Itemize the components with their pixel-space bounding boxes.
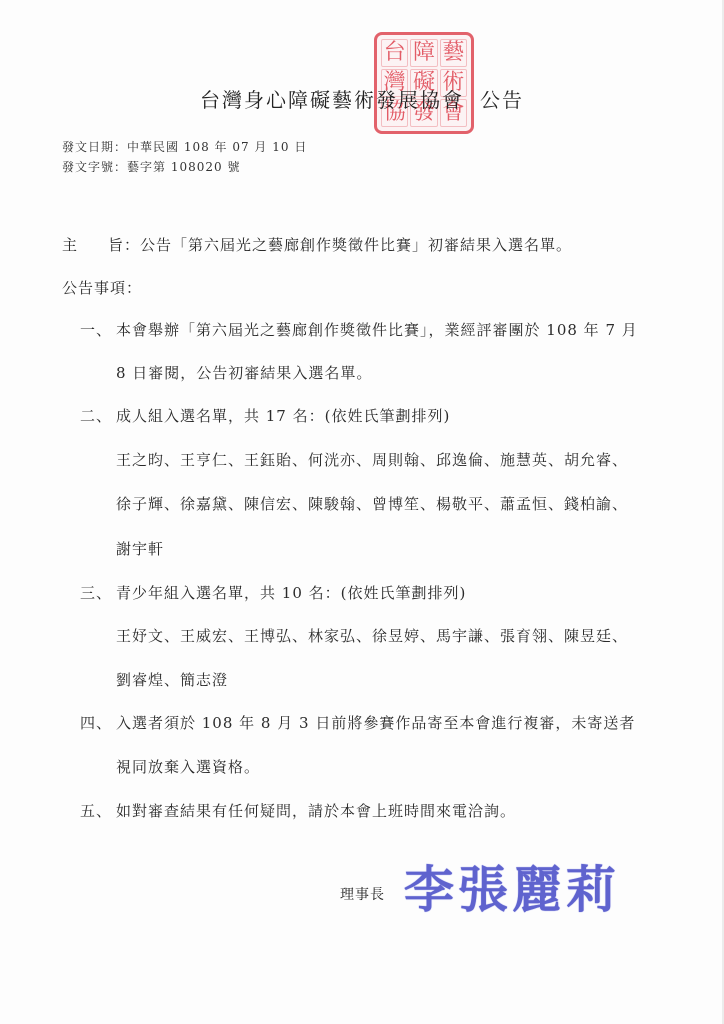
item-number: 五、: [80, 800, 112, 821]
issue-date: 發文日期：中華民國 108 年 07 月 10 日: [62, 138, 307, 155]
seal-char: 藝: [440, 39, 467, 67]
chairperson-title: 理事長: [340, 884, 385, 904]
subject-label: 主: [62, 234, 108, 255]
seal-char: 障: [410, 39, 437, 67]
subject-line: 主旨：公告「第六屆光之藝廊創作獎徵件比賽」初審結果入選名單。: [62, 234, 572, 255]
adult-names-line: 謝宇軒: [116, 538, 164, 559]
youth-names-line: 劉睿煌、簡志澄: [116, 669, 228, 690]
youth-group-heading: 青少年組入選名單，共 10 名：(依姓氏筆劃排列): [116, 582, 466, 603]
item-4-line-1: 入選者須於 108 年 8 月 3 日前將參賽作品寄至本會進行複審，未寄送者: [116, 712, 635, 733]
adult-group-heading: 成人組入選名單，共 17 名：(依姓氏筆劃排列): [116, 405, 450, 426]
adult-names-line: 徐子輝、徐嘉黛、陳信宏、陳駿翰、曾博笙、楊敬平、蕭孟恒、錢柏諭、: [116, 493, 628, 514]
youth-names-line: 王妤文、王威宏、王博弘、林家弘、徐昱婷、馬宇謙、張育翎、陳昱廷、: [116, 625, 628, 646]
item-1-line-1: 本會舉辦「第六屆光之藝廊創作獎徵件比賽」，業經評審團於 108 年 7 月: [116, 319, 638, 340]
announcement-items-heading: 公告事項：: [62, 277, 142, 298]
chairperson-signature-stamp: 李張麗莉: [404, 850, 620, 922]
item-number: 四、: [80, 712, 112, 733]
item-4-line-2: 視同放棄入選資格。: [116, 756, 260, 777]
official-seal-stamp: 台 障 藝 灣 礙 術 協 發 會: [374, 32, 474, 134]
item-number: 二、: [80, 405, 112, 426]
document-title: 台灣身心障礙藝術發展協會公告: [200, 84, 524, 113]
scanned-document-page: 台 障 藝 灣 礙 術 協 發 會 台灣身心障礙藝術發展協會公告 發文日期：中華…: [0, 0, 724, 1024]
item-number: 三、: [80, 582, 112, 603]
seal-char: 台: [381, 39, 408, 67]
subject-text: 旨：公告「第六屆光之藝廊創作獎徵件比賽」初審結果入選名單。: [108, 236, 572, 254]
item-5-line-1: 如對審查結果有任何疑問，請於本會上班時間來電洽詢。: [116, 800, 516, 821]
adult-names-line: 王之昀、王亨仁、王鈺貽、何洸亦、周則翰、邱逸倫、施慧英、胡允睿、: [116, 449, 628, 470]
organization-name: 台灣身心障礙藝術發展協會: [200, 88, 464, 112]
item-1-line-2: 8 日審閱，公告初審結果入選名單。: [116, 362, 372, 383]
reference-number: 發文字號：藝字第 108020 號: [62, 158, 240, 175]
document-type: 公告: [480, 88, 524, 112]
item-number: 一、: [80, 319, 112, 340]
